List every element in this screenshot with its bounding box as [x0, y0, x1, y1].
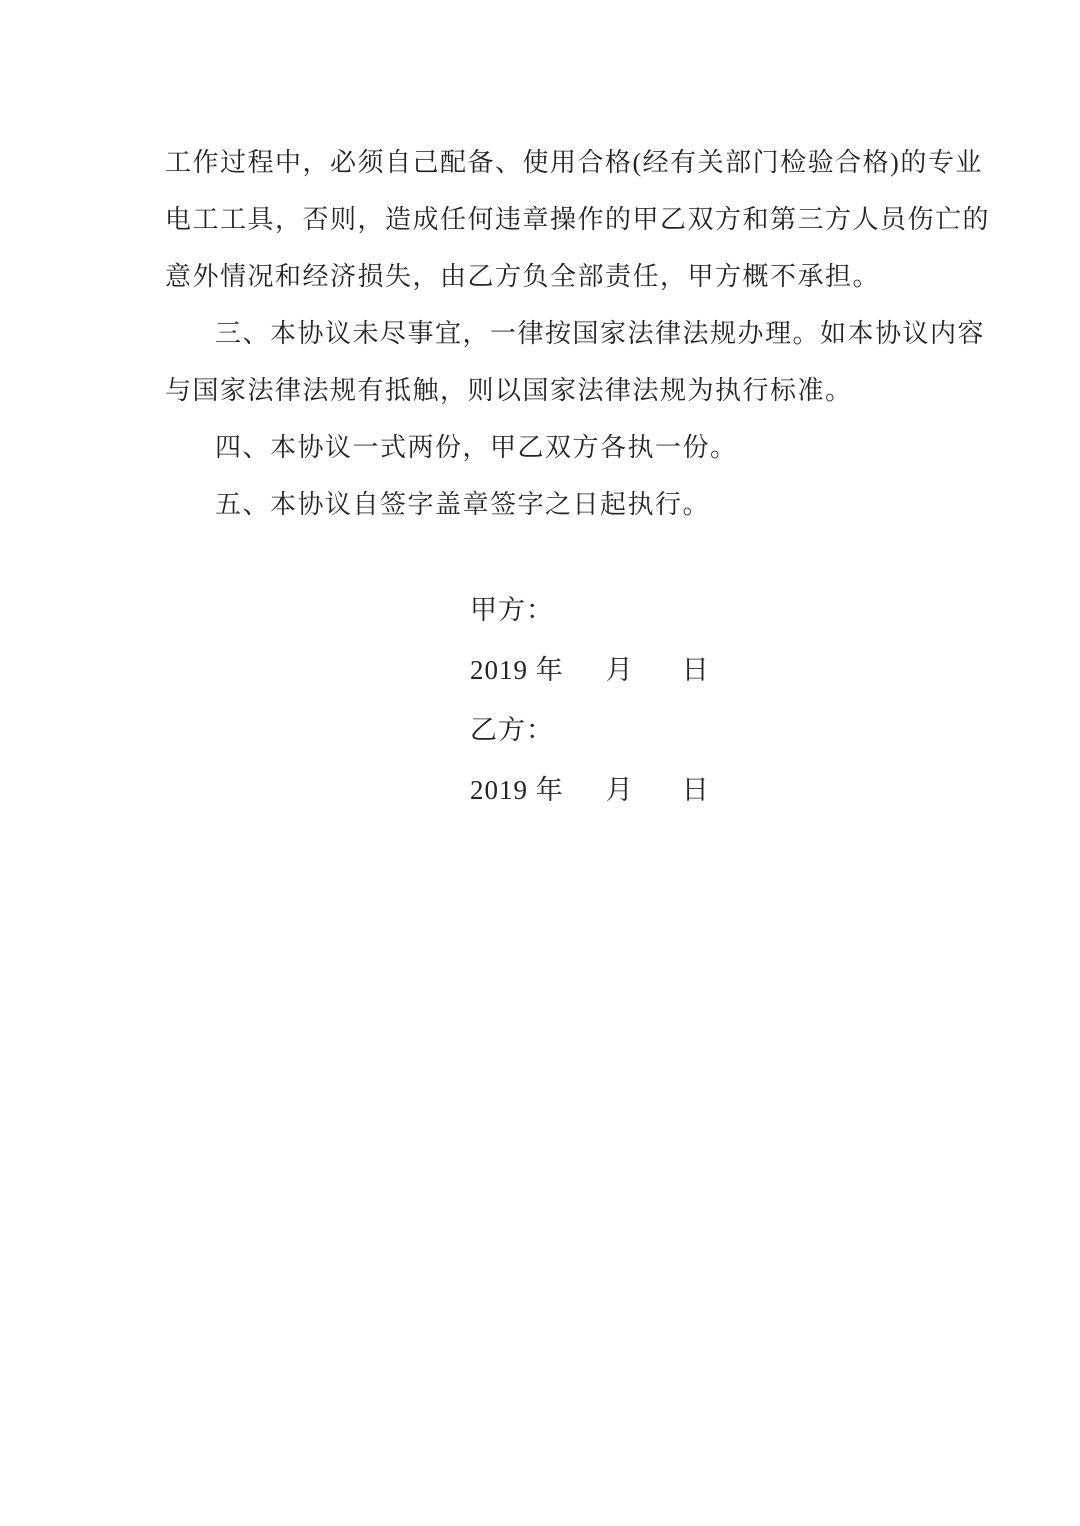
paragraph-line: 意外情况和经济损失，由乙方负全部责任，甲方概不承担。: [165, 248, 955, 305]
party-b-date-line: 2019 年月日: [470, 760, 710, 820]
contract-body-text: 工作过程中，必须自己配备、使用合格(经有关部门检验合格)的专业 电工工具，否则，…: [165, 134, 955, 533]
signature-block: 甲方： 2019 年月日 乙方： 2019 年月日: [470, 580, 710, 820]
paragraph-line: 电工工具，否则，造成任何违章操作的甲乙双方和第三方人员伤亡的: [165, 191, 955, 248]
clause-three-continuation-line: 与国家法律法规有抵触，则以国家法律法规为执行标准。: [165, 362, 955, 419]
clause-five-line: 五、本协议自签字盖章签字之日起执行。: [165, 476, 955, 533]
party-a-date-line: 2019 年月日: [470, 640, 710, 700]
party-a-label: 甲方：: [470, 580, 710, 640]
paragraph-line: 工作过程中，必须自己配备、使用合格(经有关部门检验合格)的专业: [165, 134, 955, 191]
clause-three-line: 三、本协议未尽事宜，一律按国家法律法规办理。如本协议内容: [165, 305, 955, 362]
party-b-date-year: 2019 年: [470, 775, 564, 805]
clause-four-line: 四、本协议一式两份，甲乙双方各执一份。: [165, 419, 955, 476]
party-b-date-month: 月: [606, 775, 634, 805]
party-a-date-year: 2019 年: [470, 655, 564, 685]
party-a-date-day: 日: [682, 655, 710, 685]
document-page: 工作过程中，必须自己配备、使用合格(经有关部门检验合格)的专业 电工工具，否则，…: [0, 0, 1080, 1526]
party-a-date-month: 月: [606, 655, 634, 685]
party-b-date-day: 日: [682, 775, 710, 805]
party-b-label: 乙方：: [470, 700, 710, 760]
